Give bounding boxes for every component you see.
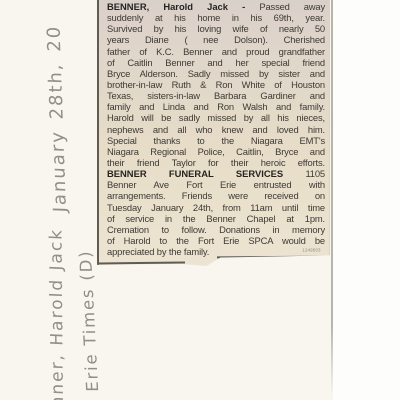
obituary-line: Harold will be sadly missed by all his n…	[107, 112, 325, 123]
obituary-line: family and Linda and Ron Walsh and famil…	[107, 101, 325, 112]
page-edge-line	[331, 0, 333, 396]
obituary-line: Survived by his loving wife of nearly 50	[107, 23, 325, 34]
obituary-line: Bryce Alderson. Sadly missed by sister a…	[107, 68, 325, 79]
scanned-page: January 28th, 20 nner, Harold Jack t Eri…	[0, 0, 400, 400]
obituary-line: brother-in-law Ruth & Ron White of Houst…	[107, 79, 325, 90]
obituary-line: arrangements. Friends were received on	[107, 190, 325, 201]
reference-number: 1249503	[303, 248, 321, 252]
obituary-line: Niagara Regional Police, Caitlin, Bryce …	[107, 146, 325, 157]
handwritten-name: nner, Harold Jack	[46, 195, 68, 400]
obituary-clipping: BENNER, Harold Jack - Passed awaysuddenl…	[97, 0, 330, 266]
obituary-line: of Caitlin Benner and her special friend	[107, 57, 325, 68]
obituary-line: BENNER FUNERAL SERVICES 1105	[107, 168, 325, 179]
obituary-line: suddenly at his home in his 69th, year.	[107, 12, 325, 23]
obituary-line: Cremation to follow. Donations in memory	[107, 224, 325, 235]
obituary-line: of Harold to the Fort Erie SPCA would be	[107, 235, 325, 246]
obituary-text: BENNER, Harold Jack - Passed awaysuddenl…	[99, 0, 330, 257]
obituary-line: nephews and all who knew and loved him.	[107, 124, 325, 135]
obituary-line: Benner Ave Fort Erie entrusted with	[107, 179, 325, 190]
obituary-line: BENNER, Harold Jack - Passed away	[107, 1, 325, 12]
obituary-line: of service in the Benner Chapel at 1pm.	[107, 213, 325, 224]
obituary-line: Texas, sisters-in-law Barbara Gardiner a…	[107, 90, 325, 101]
obituary-line: Tuesday January 24th, from 11am until ti…	[107, 202, 325, 213]
obituary-line: years Diane ( nee Dolson). Cherished	[107, 34, 325, 45]
obituary-line: their friend Taylor for their heroic eff…	[107, 157, 325, 168]
obituary-line: Special thanks to the Niagara EMT's	[107, 135, 325, 146]
obituary-line: father of K.C. Benner and proud grandfat…	[107, 46, 325, 57]
